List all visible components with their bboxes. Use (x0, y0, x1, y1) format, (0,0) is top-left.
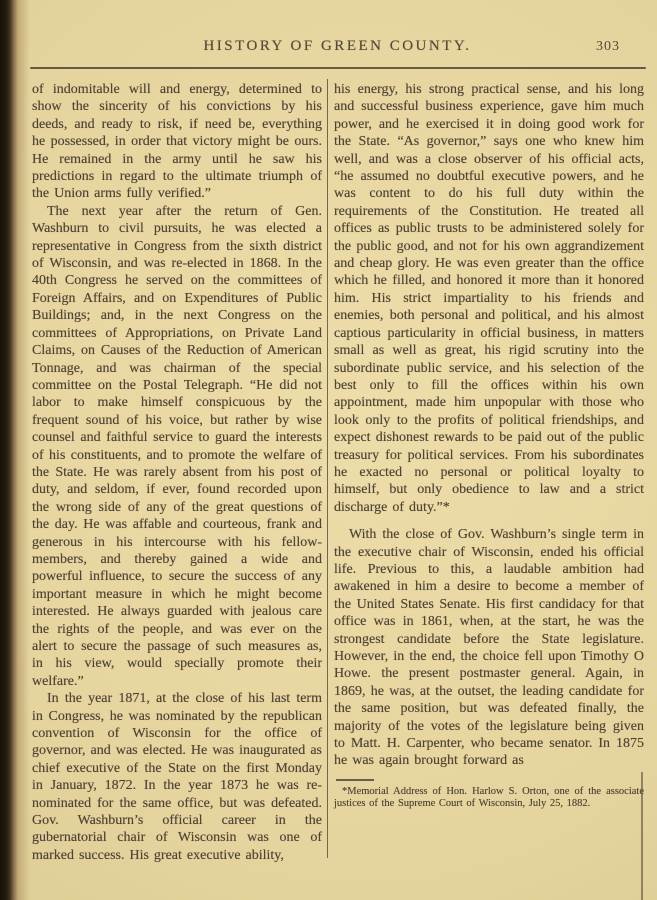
scanned-book-page: HISTORY OF GREEN COUNTY. 303 of indomita… (0, 0, 657, 900)
paragraph: With the close of Gov. Washburn’s single… (334, 526, 644, 770)
paragraph-continuation: of indomitable will and energy, determin… (32, 81, 322, 203)
right-column: his energy, his strong practical sense, … (334, 81, 644, 890)
paragraph: In the year 1871, at the close of his la… (32, 690, 322, 864)
footnote-text: *Memorial Address of Hon. Harlow S. Orto… (334, 786, 644, 811)
left-column: of indomitable will and energy, determin… (32, 81, 322, 890)
page-number: 303 (596, 39, 620, 55)
header-rule (30, 67, 646, 69)
text-columns: of indomitable will and energy, determin… (32, 81, 644, 890)
column-divider-rule (327, 79, 328, 858)
footnote-separator-rule (336, 779, 374, 781)
footnote: *Memorial Address of Hon. Harlow S. Orto… (334, 779, 644, 811)
paragraph: The next year after the return of Gen. W… (32, 203, 322, 690)
book-binding-shadow (0, 0, 30, 900)
running-head: HISTORY OF GREEN COUNTY. 303 (30, 38, 645, 58)
paragraph-continuation: his energy, his strong practical sense, … (334, 81, 644, 516)
running-title: HISTORY OF GREEN COUNTY. (30, 38, 645, 55)
